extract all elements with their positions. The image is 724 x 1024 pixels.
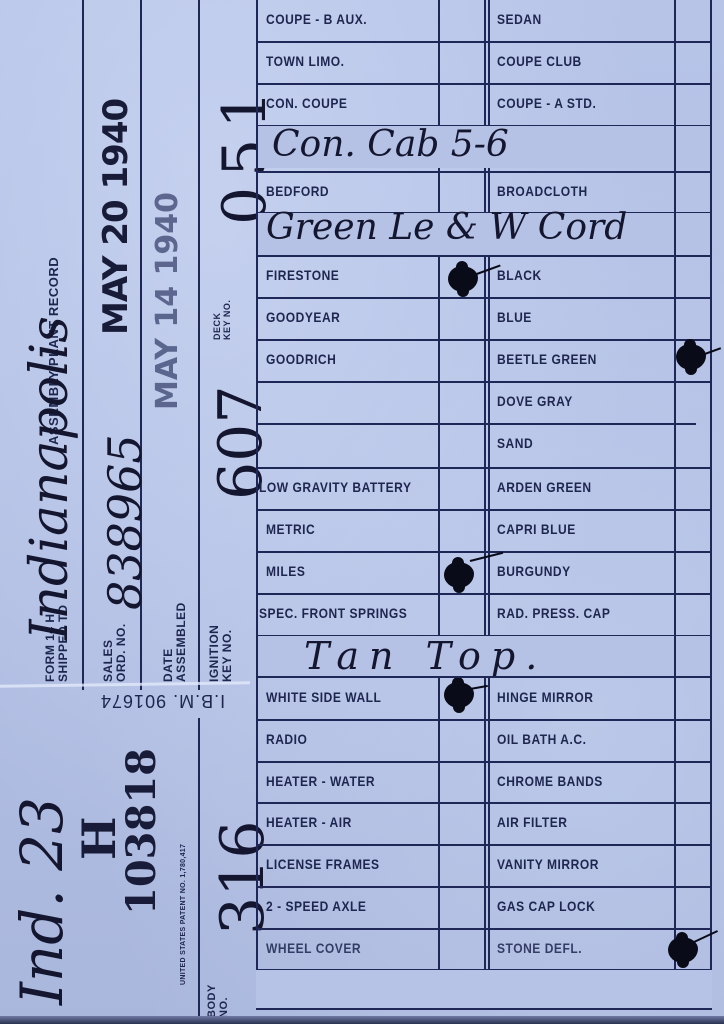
ignition-key-label: IGNITION KEY NO. xyxy=(208,625,234,682)
option-label: LICENSE FRAMES xyxy=(266,856,380,872)
assembled-label: ASSEMBLED xyxy=(175,602,188,682)
ibm-number-text: I.B.M. 901674 xyxy=(100,691,225,711)
option-label: CON. COUPE xyxy=(266,95,347,111)
sales-ord-no-text: 838965 xyxy=(98,434,152,610)
option-label: WHEEL COVER xyxy=(266,940,361,956)
option-label: 2 - SPEED AXLE xyxy=(266,898,366,914)
date-assembled-stamp: MAY 14 1940 xyxy=(150,192,185,410)
ibm-number: I.B.M. 901674 xyxy=(100,690,225,711)
date-assembled-value: MAY 14 1940 xyxy=(150,192,185,410)
option-label: COUPE - A STD. xyxy=(497,95,596,111)
grid-row: FIRESTONE BLACK xyxy=(256,256,712,298)
punch-mark-icon xyxy=(676,344,706,370)
grid-row: 2 - SPEED AXLE GAS CAP LOCK xyxy=(256,887,712,929)
grid-row: DOVE GRAY xyxy=(256,382,712,424)
punch-mark-tail xyxy=(470,685,488,690)
punch-mark-tail xyxy=(694,930,718,943)
ship-date-stamp: MAY 20 1940 xyxy=(96,99,136,335)
option-label: CHROME BANDS xyxy=(497,773,603,789)
option-label: SEDAN xyxy=(497,11,542,27)
date-assembled-label: DATE ASSEMBLED xyxy=(162,602,188,682)
option-label: BEDFORD xyxy=(266,183,329,199)
grid-row: MILES BURGUNDY xyxy=(256,552,712,594)
option-label: COUPE CLUB xyxy=(497,53,582,69)
grid-row: SPEC. FRONT SPRINGS RAD. PRESS. CAP xyxy=(256,594,712,636)
option-label: SPEC. FRONT SPRINGS xyxy=(259,605,407,621)
grid-row-empty xyxy=(256,970,712,1008)
rule-shipped-to xyxy=(82,0,84,690)
corner-note-text: Ind. 23 xyxy=(8,797,76,1005)
grid-row: METRIC CAPRI BLUE xyxy=(256,510,712,552)
option-label: GAS CAP LOCK xyxy=(497,898,595,914)
option-label: LOW GRAVITY BATTERY xyxy=(259,479,412,495)
body-no-label: BODY NO. xyxy=(206,984,230,1018)
option-label: SAND xyxy=(497,435,533,451)
option-label: DOVE GRAY xyxy=(497,393,573,409)
option-label: AIR FILTER xyxy=(497,814,567,830)
serial-number-text: 103818 xyxy=(118,748,165,915)
option-label: BROADCLOTH xyxy=(497,183,588,199)
grid-row: LOW GRAVITY BATTERY ARDEN GREEN xyxy=(256,468,712,510)
handwritten-upholstery: Green Le & W Cord xyxy=(266,207,627,248)
option-label: OIL BATH A.C. xyxy=(497,731,586,747)
option-label: COUPE - B AUX. xyxy=(266,11,367,27)
ship-date-value: MAY 20 1940 xyxy=(96,99,136,335)
option-label: ARDEN GREEN xyxy=(497,479,592,495)
shipped-to-text: Indianapolis xyxy=(20,316,80,640)
option-label: BEETLE GREEN xyxy=(497,351,597,367)
deck-key-label: DECK KEY NO. xyxy=(212,300,232,340)
rule-patent xyxy=(198,718,200,1018)
option-label: METRIC xyxy=(266,521,315,537)
punch-mark-icon xyxy=(448,266,478,292)
deck-key-no-label: KEY NO. xyxy=(222,300,232,340)
patent-number: UNITED STATES PATENT NO. 1,780,417 xyxy=(180,844,187,985)
option-label: GOODYEAR xyxy=(266,309,340,325)
option-label: WHITE SIDE WALL xyxy=(266,689,381,705)
card-bottom-edge xyxy=(0,1016,724,1024)
option-label: MILES xyxy=(266,563,305,579)
sales-ord-no-label: SALES ORD. NO. xyxy=(102,623,128,682)
ord-no-label: ORD. NO. xyxy=(115,623,128,682)
grid-row: CON. COUPE COUPE - A STD. xyxy=(256,84,712,126)
row-rule xyxy=(256,676,712,678)
options-grid: COUPE - B AUX. SEDAN TOWN LIMO. COUPE CL… xyxy=(256,0,712,1010)
key-no-label: KEY NO. xyxy=(221,625,234,682)
body-label: BODY xyxy=(206,984,218,1018)
grid-row: HEATER - AIR AIR FILTER xyxy=(256,803,712,845)
grid-row: GOODRICH BEETLE GREEN xyxy=(256,340,712,382)
option-label: STONE DEFL. xyxy=(497,940,582,956)
option-label: HEATER - WATER xyxy=(266,773,375,789)
grid-row: WHITE SIDE WALL HINGE MIRROR xyxy=(256,678,712,720)
grid-row: RADIO OIL BATH A.C. xyxy=(256,720,712,762)
handwritten-row: Green Le & W Cord xyxy=(256,213,712,255)
option-label: FIRESTONE xyxy=(266,267,339,283)
punch-mark-icon xyxy=(444,682,474,708)
patent-text: UNITED STATES PATENT NO. 1,780,417 xyxy=(180,844,187,985)
handwritten-row: Tan Top. xyxy=(256,636,712,678)
handwritten-row: Con. Cab 5-6 xyxy=(256,126,712,168)
grid-row: GOODYEAR BLUE xyxy=(256,298,712,340)
option-label: RADIO xyxy=(266,731,307,747)
handwritten-top: Tan Top. xyxy=(304,634,547,678)
row-rule xyxy=(256,171,712,173)
tear-line xyxy=(0,681,250,687)
row-rule xyxy=(256,255,712,257)
option-label: CAPRI BLUE xyxy=(497,521,576,537)
handwritten-body-type: Con. Cab 5-6 xyxy=(272,124,509,165)
grid-row: TOWN LIMO. COUPE CLUB xyxy=(256,42,712,84)
option-label: VANITY MIRROR xyxy=(497,856,599,872)
option-label: RAD. PRESS. CAP xyxy=(497,605,610,621)
rule-date-assembled xyxy=(198,0,200,690)
grid-bottom-border xyxy=(256,1008,712,1010)
grid-row: SAND xyxy=(256,424,712,466)
punch-mark-icon xyxy=(444,562,474,588)
assembly-plant-record-card: ASSEMBLY PLANT RECORD FORM 14 H SHIPPED … xyxy=(0,0,724,1024)
grid-row: LICENSE FRAMES VANITY MIRROR xyxy=(256,845,712,887)
option-label: GOODRICH xyxy=(266,351,336,367)
option-label: BLUE xyxy=(497,309,532,325)
body-no-label-text: NO. xyxy=(218,984,230,1018)
sales-ord-no-value: 838965 xyxy=(98,434,152,610)
shipped-to-value: Indianapolis xyxy=(20,316,80,640)
option-label: BLACK xyxy=(497,267,542,283)
option-label: HEATER - AIR xyxy=(266,814,352,830)
grid-row: HEATER - WATER CHROME BANDS xyxy=(256,762,712,804)
punch-mark-tail xyxy=(470,552,503,562)
option-label: TOWN LIMO. xyxy=(266,53,345,69)
option-label: BURGUNDY xyxy=(497,563,571,579)
serial-number: 103818 xyxy=(118,748,165,915)
option-label: HINGE MIRROR xyxy=(497,689,593,705)
deck-label: DECK xyxy=(212,300,222,340)
grid-row: COUPE - B AUX. SEDAN xyxy=(256,0,712,42)
grid-row: WHEEL COVER STONE DEFL. xyxy=(256,929,712,971)
corner-note: Ind. 23 xyxy=(8,797,76,1005)
